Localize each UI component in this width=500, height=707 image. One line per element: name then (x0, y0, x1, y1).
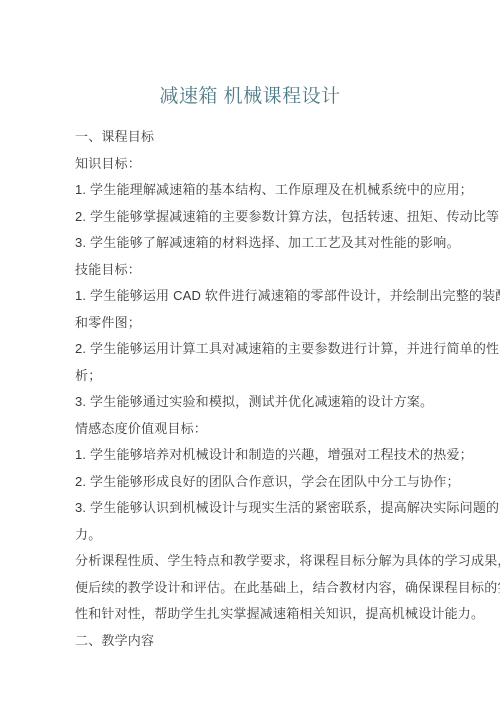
doc-line: 便后续的教学设计和评估。在此基础上，结合教材内容，确保课程目标的实用 (75, 575, 435, 602)
doc-line: 1. 学生能够运用 CAD 软件进行减速箱的零部件设计，并绘制出完整的装配图 (75, 283, 435, 310)
doc-line: 2. 学生能够掌握减速箱的主要参数计算方法，包括转速、扭矩、传动比等； (75, 204, 435, 231)
section-heading: 二、教学内容 (75, 628, 435, 655)
doc-line: 性和针对性，帮助学生扎实掌握减速箱相关知识，提高机械设计能力。 (75, 601, 435, 628)
doc-line: 情感态度价值观目标： (75, 416, 435, 443)
doc-line: 分析课程性质、学生特点和教学要求，将课程目标分解为具体的学习成果，以 (75, 548, 435, 575)
doc-line: 1. 学生能理解减速箱的基本结构、工作原理及在机械系统中的应用； (75, 177, 435, 204)
doc-line: 3. 学生能够了解减速箱的材料选择、加工工艺及其对性能的影响。 (75, 230, 435, 257)
doc-line: 1. 学生能够培养对机械设计和制造的兴趣，增强对工程技术的热爱； (75, 442, 435, 469)
doc-line: 3. 学生能够认识到机械设计与现实生活的紧密联系，提高解决实际问题的能 (75, 495, 435, 522)
document-page: 减速箱 机械课程设计 一、课程目标知识目标：1. 学生能理解减速箱的基本结构、工… (0, 0, 500, 707)
doc-line: 析； (75, 363, 435, 390)
doc-line: 2. 学生能够运用计算工具对减速箱的主要参数进行计算，并进行简单的性能分 (75, 336, 435, 363)
doc-line: 和零件图； (75, 310, 435, 337)
doc-line: 2. 学生能够形成良好的团队合作意识，学会在团队中分工与协作； (75, 469, 435, 496)
doc-line: 知识目标： (75, 151, 435, 178)
doc-line: 力。 (75, 522, 435, 549)
doc-line: 3. 学生能够通过实验和模拟，测试并优化减速箱的设计方案。 (75, 389, 435, 416)
doc-line: 技能目标： (75, 257, 435, 284)
section-heading: 一、课程目标 (75, 124, 435, 151)
document-body: 一、课程目标知识目标：1. 学生能理解减速箱的基本结构、工作原理及在机械系统中的… (75, 124, 435, 654)
document-title: 减速箱 机械课程设计 (0, 85, 500, 109)
